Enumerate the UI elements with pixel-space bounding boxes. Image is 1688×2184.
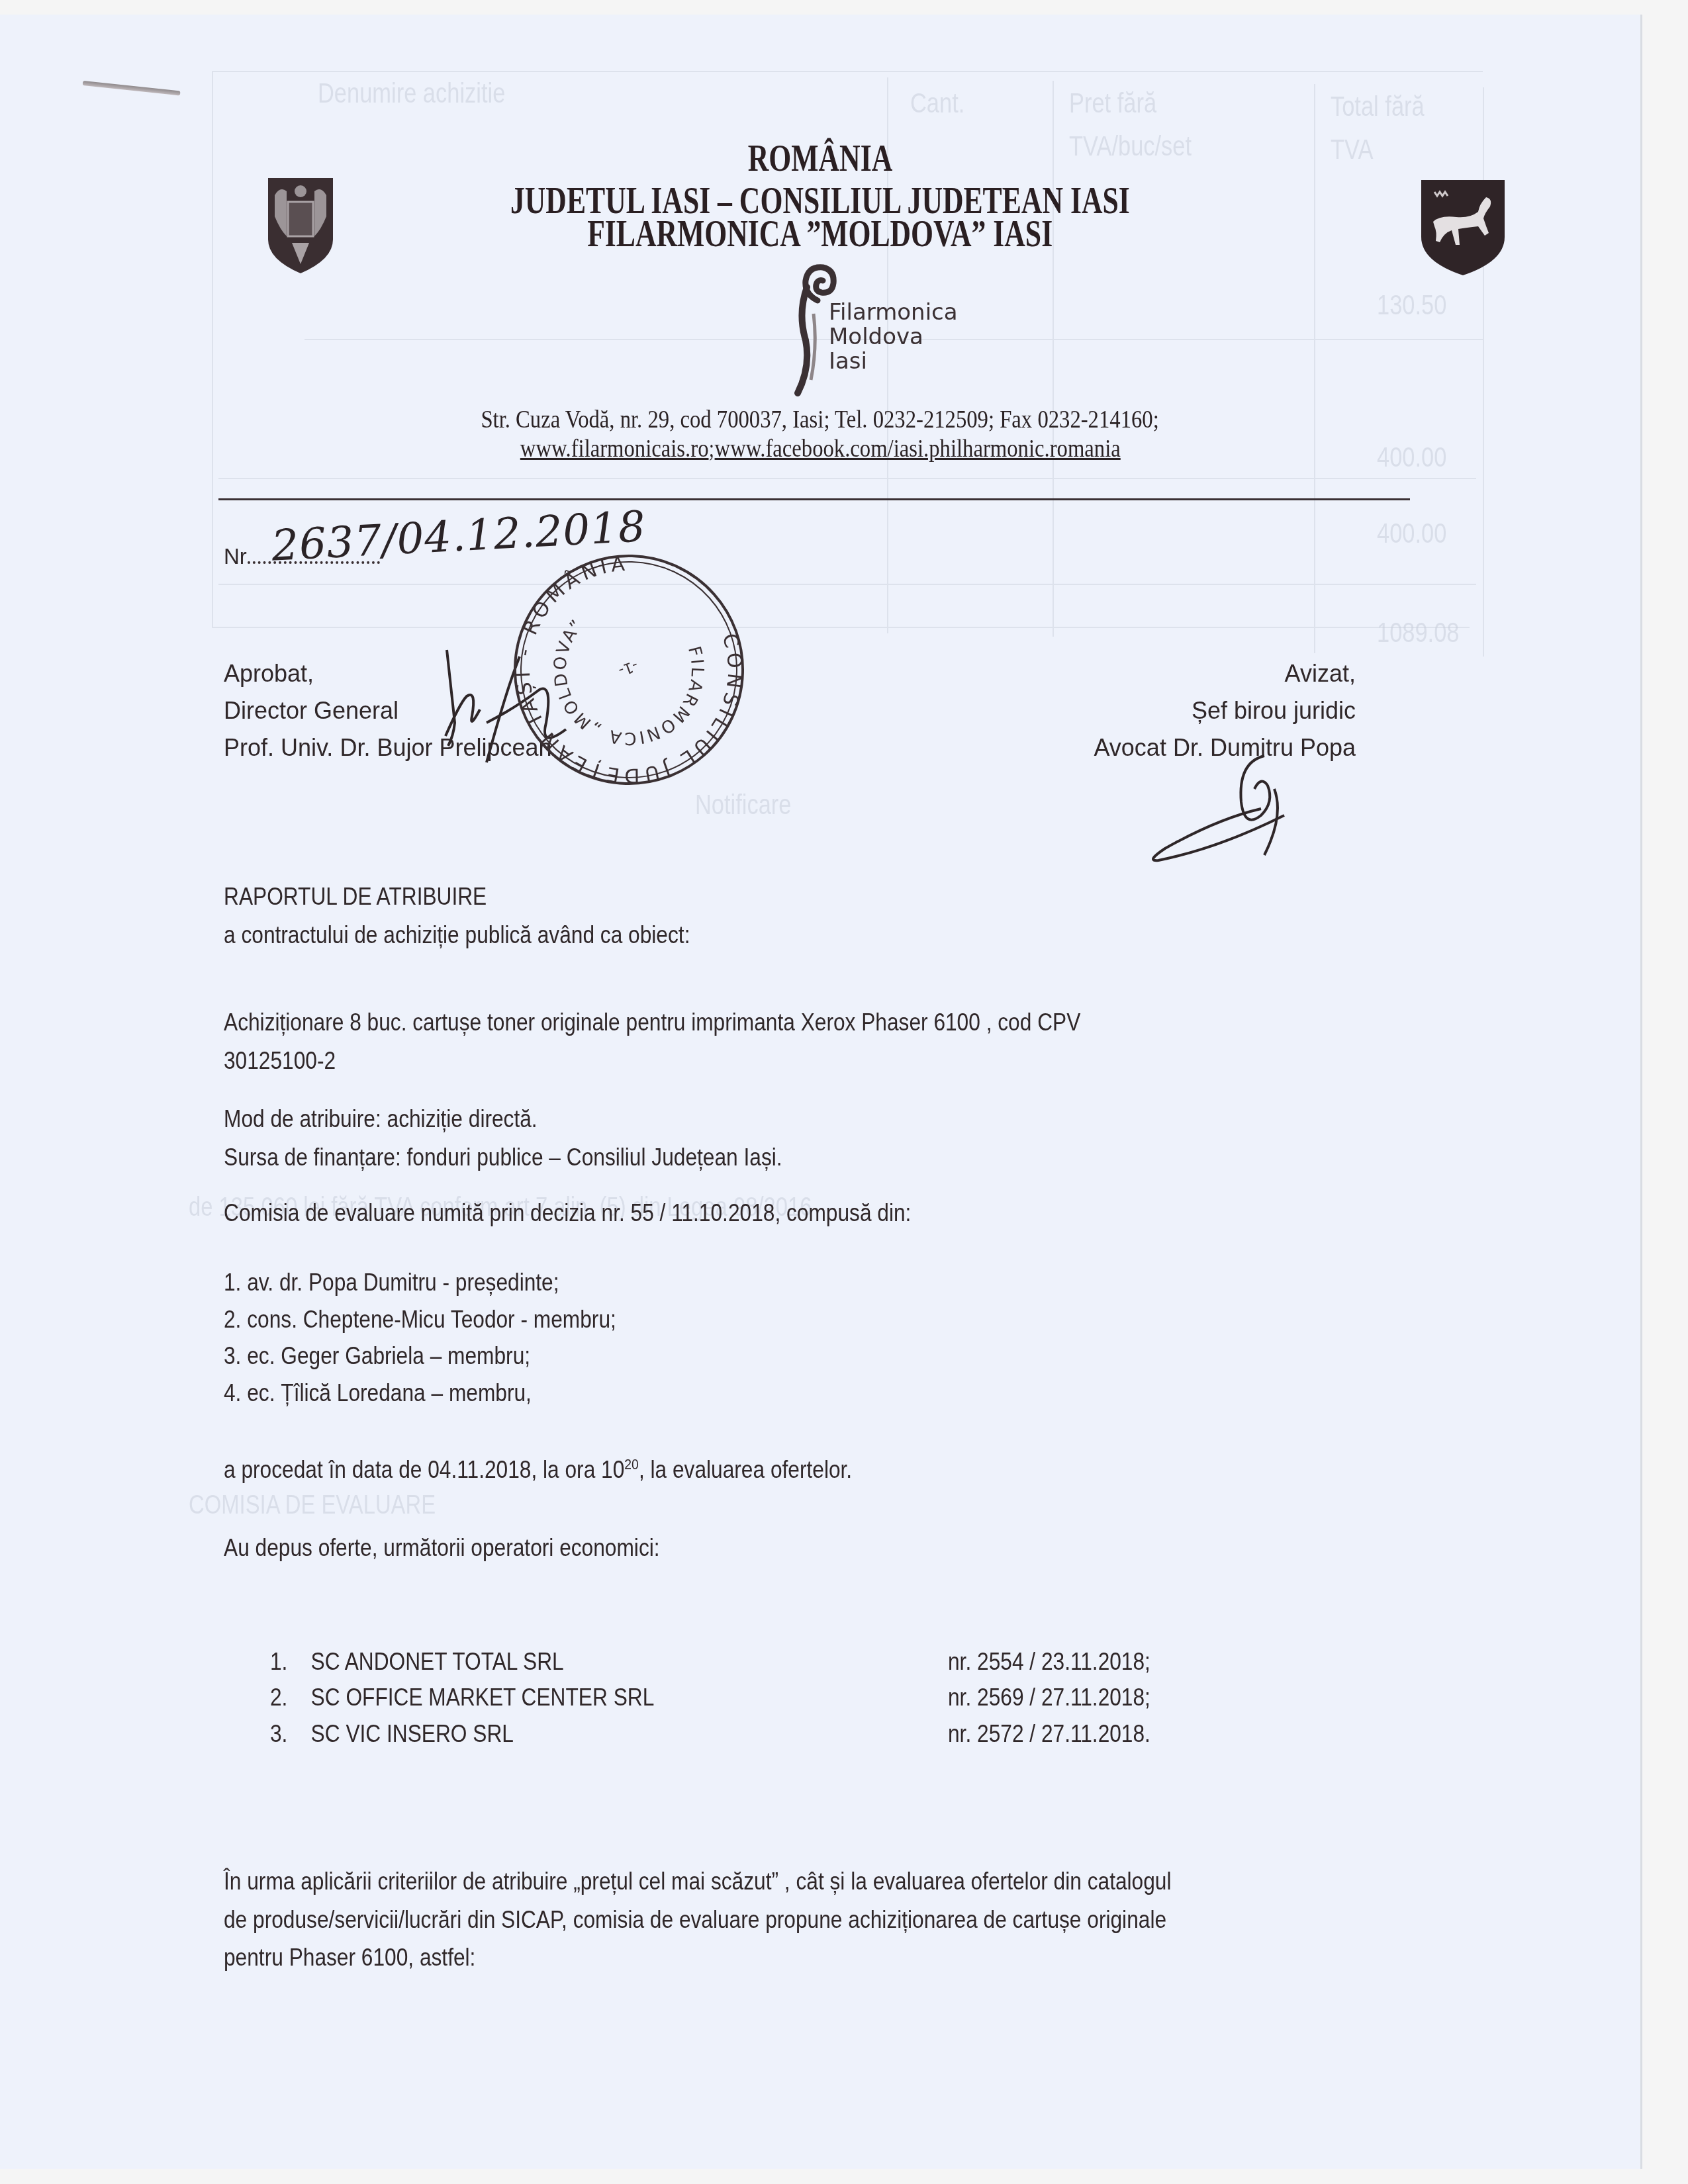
committee-member: 2. cons. Cheptene-Micu Teodor - membru;	[224, 1306, 670, 1334]
conclusion-line-3: pentru Phaser 6100, astfel:	[224, 1944, 510, 1972]
funding-source: Sursa de finanțare: fonduri publice – Co…	[224, 1144, 859, 1171]
svg-text:-1-: -1-	[616, 657, 640, 679]
committee-member: 3. ec. Geger Gabriela – membru;	[224, 1342, 572, 1370]
header-country: ROMÂNIA	[0, 138, 1640, 180]
bidder-offer-ref: nr. 2554 / 23.11.2018;	[948, 1648, 1178, 1676]
committee-intro: Comisia de evaluare numită prin decizia …	[224, 1199, 1005, 1227]
bidders-intro: Au depus oferte, următorii operatori eco…	[224, 1534, 719, 1562]
bidder-row: 2.SC OFFICE MARKET CENTER SRL	[270, 1684, 706, 1711]
report-title: RAPORTUL DE ATRIBUIRE	[224, 883, 522, 911]
award-method: Mod de atribuire: achiziție directă.	[224, 1105, 580, 1133]
web-links: www.filarmonicais.ro; www.facebook.com/i…	[0, 434, 1640, 463]
evaluation-text-end: , la evaluarea ofertelor.	[639, 1456, 852, 1483]
conclusion-line-1: În urma aplicării criteriilor de atribui…	[224, 1868, 1301, 1895]
bidder-row: 1.SC ANDONET TOTAL SRL	[270, 1648, 604, 1676]
logo-line-1: Filarmonica	[829, 300, 958, 325]
header-divider	[218, 498, 1410, 500]
report-subtitle: a contractului de achiziție publică avân…	[224, 921, 754, 949]
committee-member: 4. ec. Țîlică Loredana – membru,	[224, 1379, 573, 1407]
bidder-offer-ref: nr. 2572 / 27.11.2018.	[948, 1720, 1178, 1748]
committee-member: 1. av. dr. Popa Dumitru - președinte;	[224, 1269, 605, 1297]
procurement-object-line-2: 30125100-2	[224, 1047, 351, 1075]
conclusion-line-2: de produse/servicii/lucrări din SICAP, c…	[224, 1906, 1295, 1934]
evaluation-text: a procedat în data de 04.11.2018, la ora…	[224, 1456, 624, 1483]
endorsement-status: Avizat,	[1094, 655, 1356, 692]
staple-mark	[83, 81, 181, 95]
philharmonic-logo-text: Filarmonica Moldova Iasi	[829, 300, 958, 374]
legal-advisor-signature-icon	[1139, 749, 1337, 868]
website-link[interactable]: www.filarmonicais.ro	[520, 435, 709, 463]
header-institution: FILARMONICA ”MOLDOVA” IASI	[0, 213, 1640, 255]
evaluation-time-minutes: 20	[624, 1456, 639, 1473]
facebook-link[interactable]: www.facebook.com/iasi.philharmonic.roman…	[714, 435, 1120, 463]
bidder-row: 3.SC VIC INSERO SRL	[270, 1720, 547, 1748]
scanned-page: Denumire achizitie Cant. Pret fără TVA/b…	[0, 15, 1642, 2169]
endorsement-role: Șef birou juridic	[1094, 692, 1356, 729]
logo-line-3: Iasi	[829, 349, 958, 374]
address-line: Str. Cuza Vodă, nr. 29, cod 700037, Iasi…	[0, 405, 1640, 434]
registration-label: Nr	[224, 544, 247, 569]
logo-line-2: Moldova	[829, 325, 958, 349]
procurement-object-line-1: Achiziționare 8 buc. cartușe toner origi…	[224, 1009, 1197, 1036]
official-stamp-icon: CONSILIUL JUDEȚEAN IAȘI - ROMÂNIA FILARM…	[510, 551, 748, 789]
bidder-offer-ref: nr. 2569 / 27.11.2018;	[948, 1684, 1178, 1711]
evaluation-date: a procedat în data de 04.11.2018, la ora…	[224, 1456, 938, 1484]
link-separator: ;	[709, 434, 714, 463]
